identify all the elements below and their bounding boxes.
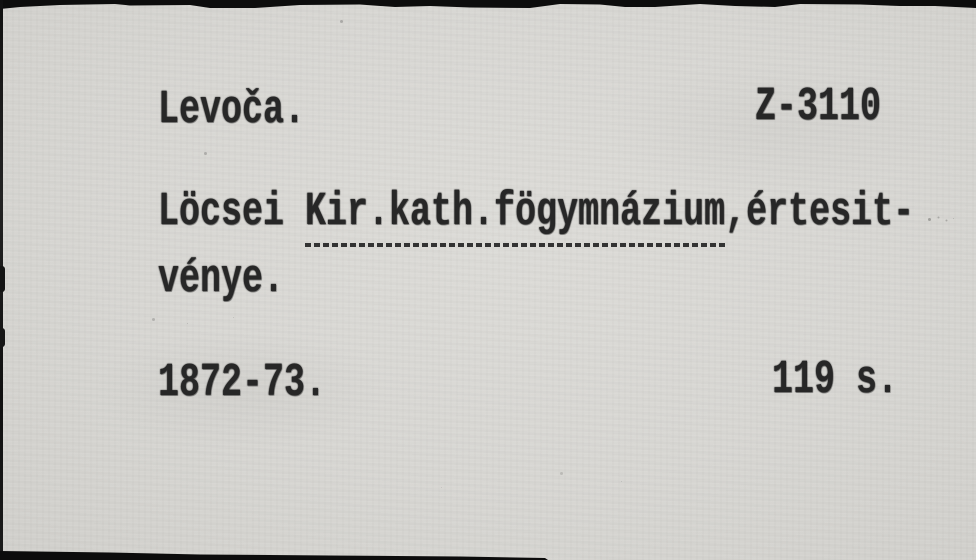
scan-edge-bottom-left: [0, 548, 560, 560]
scan-noise-speck: [204, 152, 207, 155]
scan-noise-speck: [340, 20, 343, 23]
title-prefix: Löcsei: [158, 185, 305, 239]
title-suffix: ,értesit-: [725, 185, 914, 239]
page-count: 119 s.: [772, 357, 898, 404]
title-underlined-institution: Kir.kath.fögymnázium: [305, 185, 725, 247]
scanned-catalog-card-page: { "card": { "heading": "Levoča.", "call_…: [0, 0, 976, 560]
scan-noise-speck: [152, 318, 155, 321]
place-heading: Levoča.: [158, 87, 305, 134]
call-number: Z-3110: [755, 84, 881, 131]
title-line-1: Löcsei Kir.kath.fögymnázium,értesit-: [158, 189, 914, 236]
scan-noise-speck: [928, 218, 931, 221]
year-range: 1872-73.: [158, 360, 326, 407]
scan-noise-speck: [560, 472, 563, 475]
scan-edge-left: [0, 266, 5, 292]
title-line-2: vénye.: [158, 256, 284, 303]
scan-edge-left: [0, 328, 5, 347]
scan-edge-top: [0, 0, 976, 12]
